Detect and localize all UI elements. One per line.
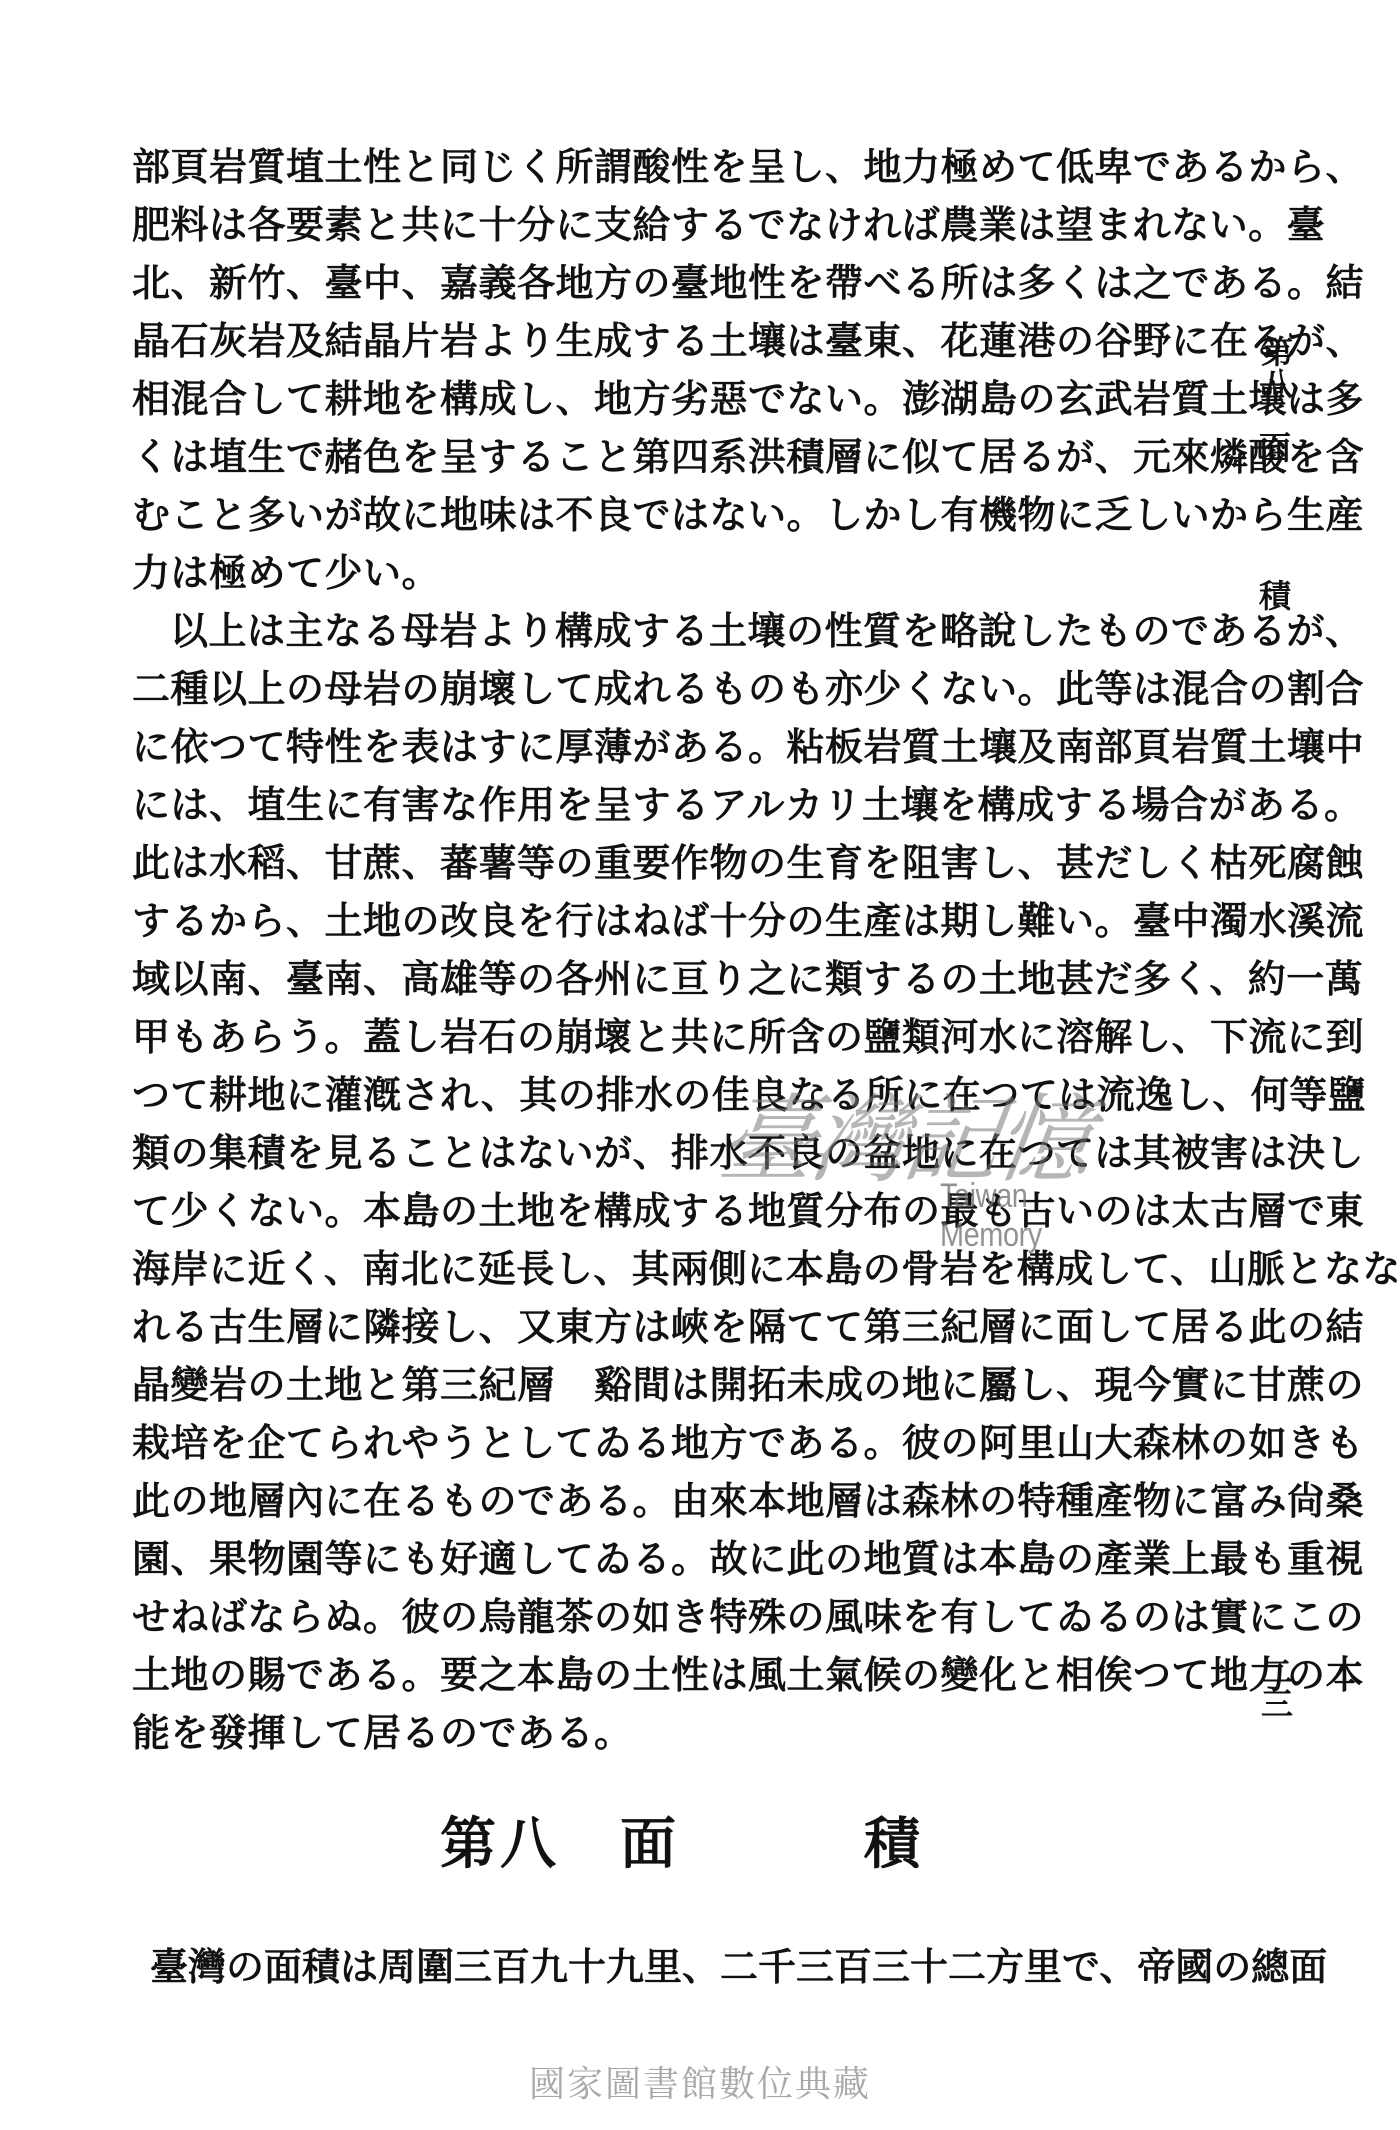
text-line: 此の地層內に在るものである。由來本地層は森林の特種產物に富み尙桑 [132, 1472, 1217, 1530]
text-line: くは埴生で赭色を呈すること第四系洪積層に似て居るが、元來燐酸を含 [132, 428, 1217, 486]
body-text: 部頁岩質埴土性と同じく所謂酸性を呈し、地力極めて低卑であるから、 肥料は各要素と… [132, 138, 1217, 1762]
text-line: に依つて特性を表はすに厚薄がある。粘板岩質土壤及南部頁岩質土壤中 [132, 718, 1217, 776]
text-line: 類の集積を見ることはないが、排水不良の盆地に在つては其被害は決し [132, 1124, 1217, 1182]
text-line: 北、新竹、臺中、嘉義各地方の臺地性を帶べる所は多くは之である。結 [132, 254, 1217, 312]
text-line: せねばならぬ。彼の烏龍茶の如き特殊の風味を有してゐるのは實にこの [132, 1588, 1217, 1646]
text-line: むこと多いが故に地味は不良ではない。しかし有機物に乏しいから生産 [132, 486, 1217, 544]
text-line: 二種以上の母岩の崩壞して成れるものも亦少くない。此等は混合の割合 [132, 660, 1217, 718]
paragraph-start-line: 以上は主なる母岩より構成する土壤の性質を略說したものであるが、 [132, 602, 1217, 660]
text-line: には、埴生に有害な作用を呈するアルカリ土壤を構成する場合がある。 [132, 776, 1217, 834]
text-line: 晶變岩の土地と第三紀層 谿間は開拓未成の地に屬し、現今實に甘蔗の [132, 1356, 1217, 1414]
text-line: 晶石灰岩及結晶片岩より生成する土壤は臺東、花蓮港の谷野に在るが、 [132, 312, 1217, 370]
section-title-left: 第八 面 [440, 1805, 680, 1885]
text-line: 海岸に近く、南北に延長し、其兩側に本島の骨岩を構成して、山脈となな [132, 1240, 1217, 1298]
margin-header-word2: 積 [1250, 577, 1300, 615]
text-line: 甲もあらう。蓋し岩石の崩壞と共に所含の鹽類河水に溶解し、下流に到 [132, 1008, 1217, 1066]
text-line: 力は極めて少い。 [132, 544, 1217, 602]
section-title: 第八 面 積 [440, 1805, 920, 1885]
text-line: するから、土地の改良を行はねば十分の生產は期し難い。臺中濁水溪流 [132, 892, 1217, 950]
text-line: 土地の賜である。要之本島の土性は風土氣候の變化と相俟つて地力の本 [132, 1646, 1217, 1704]
text-line: 園、果物園等にも好適してゐる。故に此の地質は本島の產業上最も重視 [132, 1530, 1217, 1588]
text-line: 肥料は各要素と共に十分に支給するでなければ農業は望まれない。臺 [132, 196, 1217, 254]
text-line: れる古生層に隣接し、又東方は峽を隔てて第三紀層に面して居る此の結 [132, 1298, 1217, 1356]
page-number: 二三 [1250, 1655, 1300, 1719]
margin-header-word1: 面 [1250, 429, 1300, 467]
text-line: 此は水稻、甘蔗、蕃薯等の重要作物の生育を阻害し、甚だしく枯死腐蝕 [132, 834, 1217, 892]
text-line: て少くない。本島の土地を構成する地質分布の最も古いのは太古層で東 [132, 1182, 1217, 1240]
text-line: 栽培を企てられやうとしてゐる地方である。彼の阿里山大森林の如きも [132, 1414, 1217, 1472]
footer-credit: 國家圖書館數位典藏 [520, 2060, 880, 2110]
text-line: つて耕地に灌漑され、其の排水の佳良なる所に在つては流逸し、何等鹽 [132, 1066, 1217, 1124]
section-intro-line: 臺灣の面積は周圍三百九十九里、二千三百三十二方里で、帝國の總面 [150, 1937, 1215, 1997]
section-title-right: 積 [864, 1805, 920, 1885]
document-page: 部頁岩質埴土性と同じく所謂酸性を呈し、地力極めて低卑であるから、 肥料は各要素と… [0, 0, 1400, 2130]
text-line: 相混合して耕地を構成し、地方劣惡でない。澎湖島の玄武岩質土壤は多 [132, 370, 1217, 428]
margin-running-header: 第八 面 積 [1250, 335, 1300, 615]
text-line: 部頁岩質埴土性と同じく所謂酸性を呈し、地力極めて低卑であるから、 [132, 138, 1217, 196]
text-line: 域以南、臺南、高雄等の各州に亘り之に類するの土地甚だ多く、約一萬 [132, 950, 1217, 1008]
margin-header-chapter: 第八 [1257, 335, 1293, 399]
text-line: 能を發揮して居るのである。 [132, 1704, 1217, 1762]
